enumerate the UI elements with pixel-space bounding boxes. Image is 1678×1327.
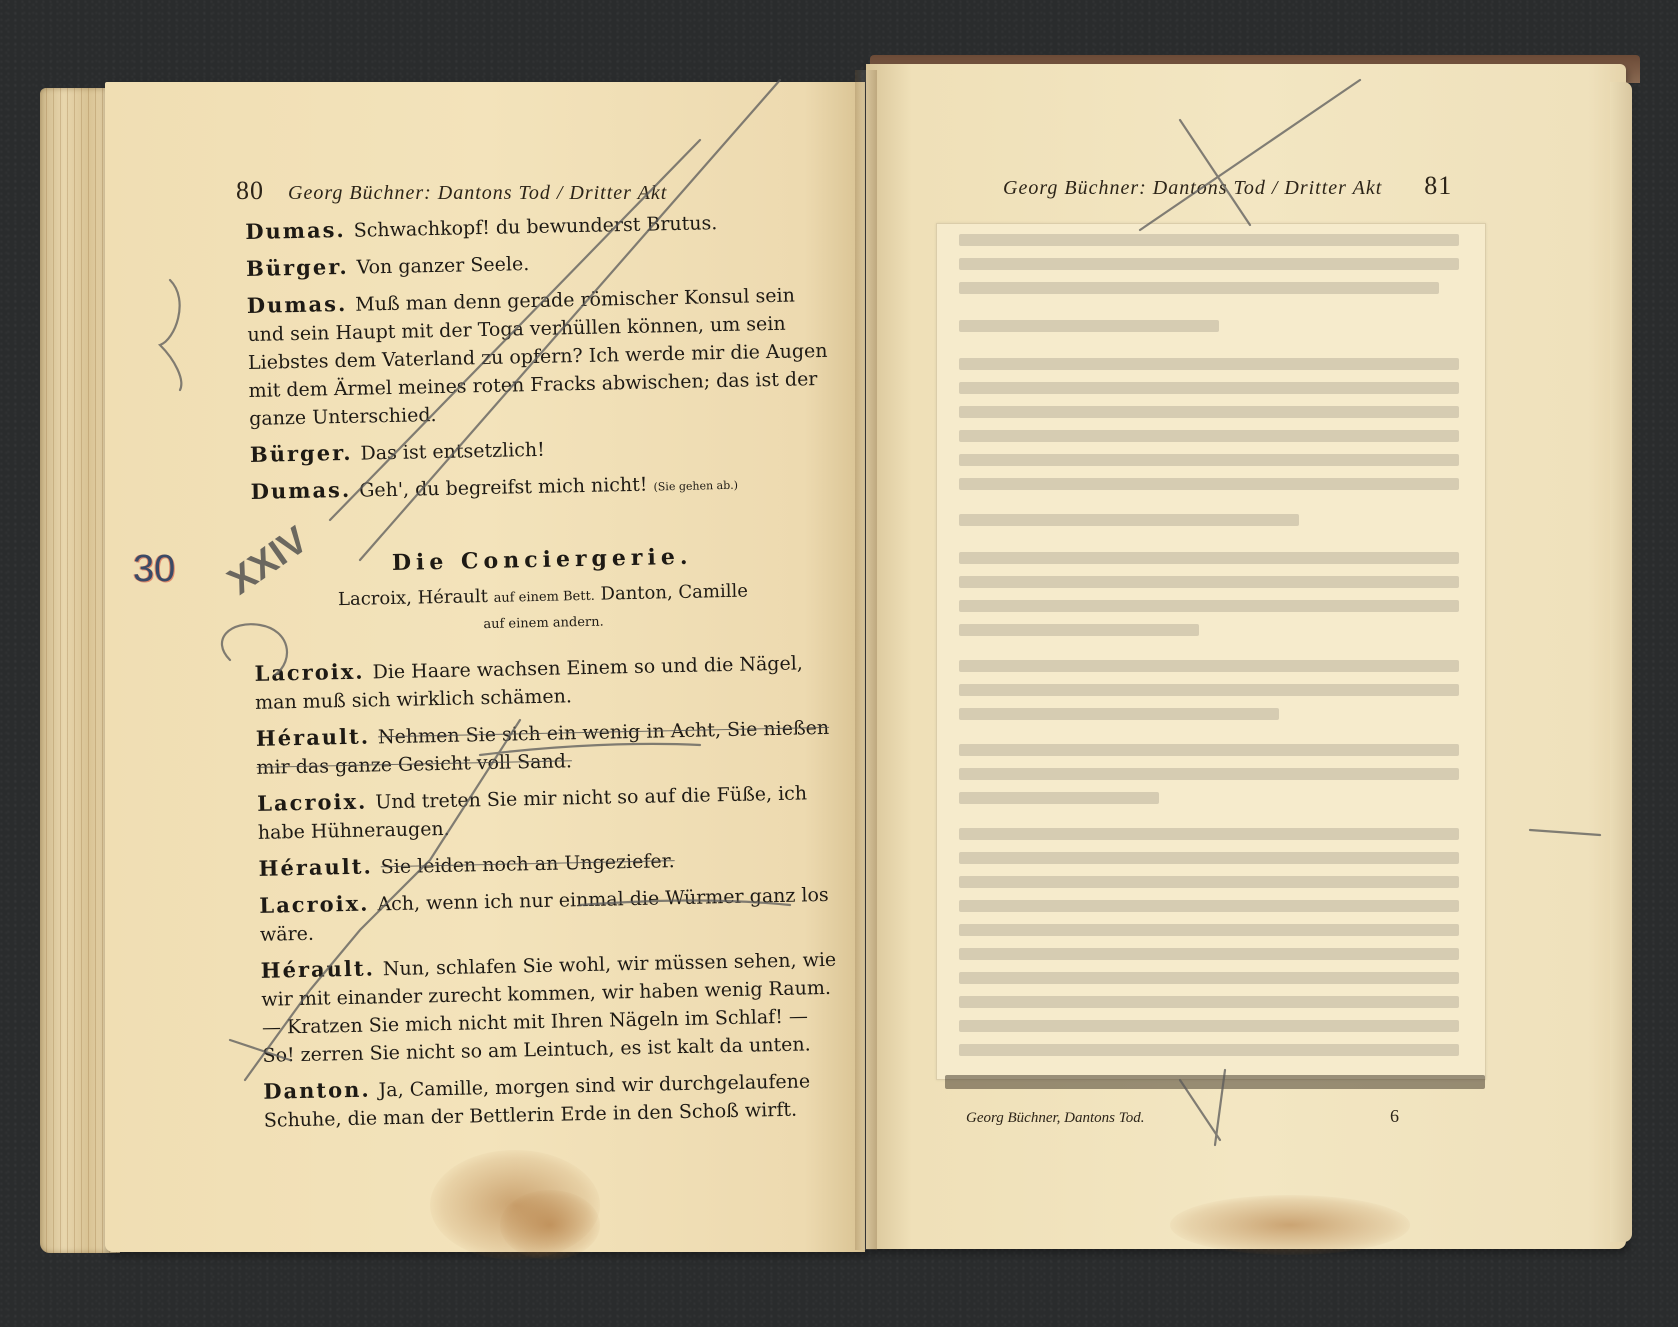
faint-text-line: [959, 1020, 1459, 1032]
faint-text-line: [959, 744, 1459, 756]
speech-text: Schwachkopf! du bewunderst Brutus.: [354, 212, 718, 242]
faint-text-line: [959, 624, 1199, 636]
partially-visible-text-line: [945, 1075, 1485, 1089]
speaker: Dumas.: [245, 217, 346, 244]
speech: Bürger.Von ganzer Seele.: [246, 243, 826, 284]
speech-text: Geh', du begreifst mich nicht!: [359, 474, 648, 502]
speech: Dumas.Geh', du begreifst mich nicht! (Si…: [250, 466, 831, 510]
faint-text-line: [959, 406, 1459, 418]
speech: Hérault.Sie leiden noch an Ungeziefer.: [258, 843, 838, 884]
scene-cast: Lacroix, Hérault auf einem Bett. Danton,…: [253, 578, 834, 642]
speaker: Dumas.: [247, 291, 348, 318]
right-page-block-edge: [1610, 82, 1632, 1242]
speech-text: Das ist entsetzlich!: [360, 439, 545, 465]
faint-text-line: [959, 576, 1459, 588]
faint-text-line: [959, 684, 1459, 696]
speaker: Lacroix.: [254, 659, 365, 686]
scene-title: Die Conciergerie.: [252, 540, 832, 580]
stage-direction: (Sie gehen ab.): [653, 479, 738, 494]
speaker: Hérault.: [258, 853, 373, 880]
cast-names-b: Danton, Camille: [600, 581, 748, 605]
faint-text-line: [959, 948, 1459, 960]
cast-direction-a: auf einem Bett.: [493, 589, 595, 606]
speaker: Lacroix.: [257, 789, 368, 816]
faint-text-line: [959, 430, 1459, 442]
speech: Dumas.Muß man denn gerade römischer Kons…: [247, 280, 830, 433]
cast-direction-b: auf einem andern.: [483, 615, 604, 633]
faint-text-line: [959, 514, 1299, 526]
speaker: Lacroix.: [259, 891, 370, 918]
right-page-number: 81: [1424, 171, 1452, 200]
speech: Lacroix.Und treten Sie mir nicht so auf …: [257, 778, 838, 847]
faint-text-line: [959, 1044, 1459, 1056]
speech: Bürger.Das ist entsetzlich!: [250, 429, 830, 470]
speaker: Dumas.: [250, 477, 351, 504]
margin-number-annotation: 30: [133, 548, 175, 591]
speaker: Hérault.: [260, 955, 375, 982]
faint-text-line: [959, 708, 1279, 720]
right-page-footer: Georg Büchner, Dantons Tod.: [966, 1110, 1144, 1127]
speaker: Hérault.: [256, 723, 371, 750]
signature-mark: 6: [1390, 1106, 1399, 1127]
stain-left-2: [500, 1190, 600, 1260]
faint-text-line: [959, 924, 1459, 936]
left-running-head-text: Georg Büchner: Dantons Tod / Dritter Akt: [288, 182, 667, 204]
speaker: Bürger.: [250, 440, 353, 467]
left-page-number: 80: [236, 176, 264, 205]
speaker: Danton.: [263, 1077, 371, 1104]
faint-text-line: [959, 996, 1459, 1008]
stain-right: [1170, 1195, 1410, 1255]
left-running-head: 80 Georg Büchner: Dantons Tod / Dritter …: [236, 176, 667, 206]
faint-text-line: [959, 320, 1219, 332]
speech: Lacroix.Die Haare wachsen Einem so und d…: [254, 648, 835, 717]
gutter: [855, 70, 877, 1250]
pasted-paper-slip: [936, 223, 1486, 1080]
faint-text-line: [959, 454, 1459, 466]
faint-text-line: [959, 282, 1439, 294]
faint-text-line: [959, 972, 1459, 984]
faint-text-line: [959, 828, 1459, 840]
speech-text: Sie leiden noch an Ungeziefer.: [381, 850, 675, 878]
faint-text-line: [959, 852, 1459, 864]
faint-text-line: [959, 792, 1159, 804]
faint-text-line: [959, 258, 1459, 270]
faint-text-line: [959, 660, 1459, 672]
speaker: Bürger.: [246, 254, 349, 281]
speech: Danton.Ja, Camille, morgen sind wir durc…: [263, 1066, 844, 1135]
left-page-text: Dumas.Schwachkopf! du bewunderst Brutus.…: [245, 206, 844, 1143]
faint-text-line: [959, 358, 1459, 370]
faint-text-line: [959, 600, 1459, 612]
faint-text-line: [959, 234, 1459, 246]
speech: Hérault.Nun, schlafen Sie wohl, wir müss…: [260, 945, 842, 1070]
speech: Hérault.Nehmen Sie sich ein wenig in Ach…: [256, 713, 837, 782]
faint-text-line: [959, 900, 1459, 912]
faint-text-line: [959, 478, 1459, 490]
faint-text-line: [959, 382, 1459, 394]
right-running-head-text: Georg Büchner: Dantons Tod / Dritter Akt: [1003, 177, 1382, 199]
faint-text-line: [959, 552, 1459, 564]
open-book: 80 Georg Büchner: Dantons Tod / Dritter …: [0, 0, 1678, 1327]
faint-text-line: [959, 876, 1459, 888]
right-running-head: Georg Büchner: Dantons Tod / Dritter Akt…: [1003, 171, 1452, 201]
speech-text: Von ganzer Seele.: [356, 253, 529, 279]
cast-names-a: Lacroix, Hérault: [338, 586, 488, 610]
speech: Lacroix.Ach, wenn ich nur einmal die Wür…: [259, 880, 840, 949]
faint-text-line: [959, 768, 1459, 780]
